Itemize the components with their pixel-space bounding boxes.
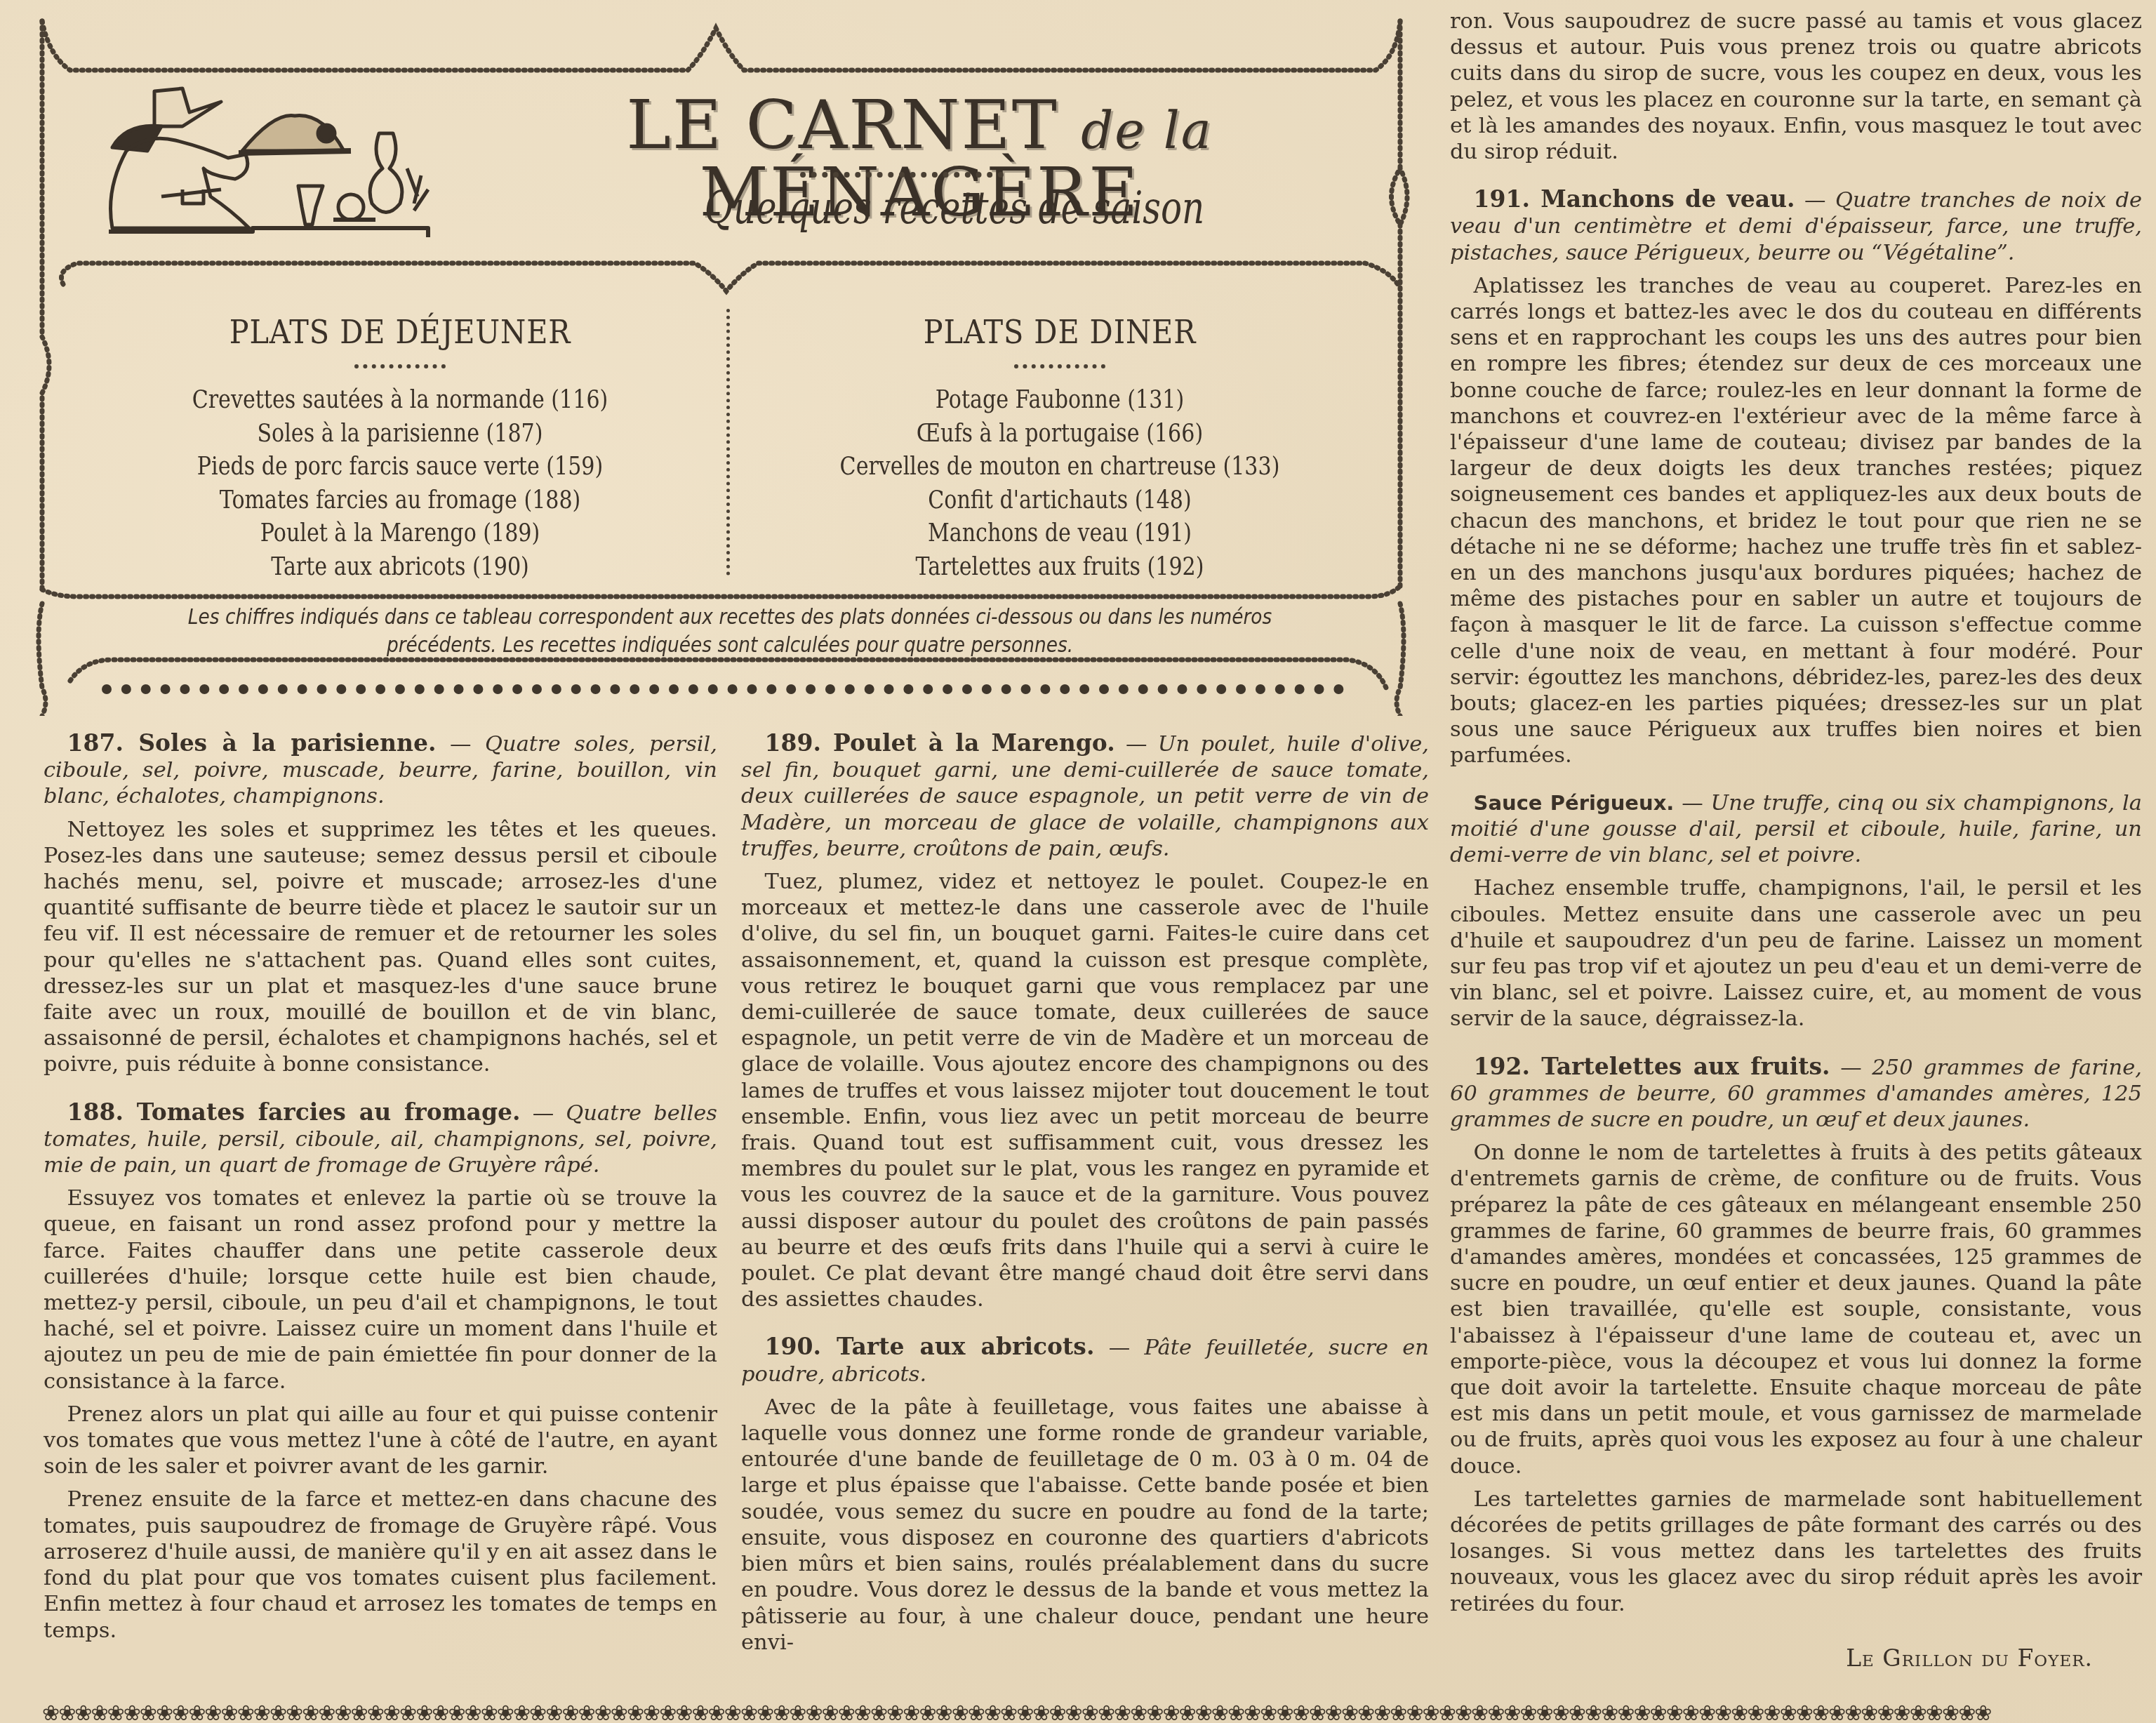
menu-item: Cervelles de mouton en chartreuse (133) bbox=[830, 451, 1289, 484]
recipe-192-heading: 192. Tartelettes aux fruits. — 250 gramm… bbox=[1450, 1053, 2142, 1133]
menu-item: Confit d'artichauts (148) bbox=[830, 484, 1289, 518]
em-dash: — bbox=[1830, 1056, 1872, 1080]
recipe-paragraph: Hachez ensemble truffe, champignons, l'a… bbox=[1450, 875, 2142, 1032]
menu-diner-heading: PLATS DE DINER bbox=[820, 312, 1300, 352]
recipe-paragraph: Avec de la pâte à feuilletage, vous fait… bbox=[741, 1395, 1429, 1656]
recipe-title: 188. Tomates farcies au fromage. bbox=[67, 1098, 521, 1126]
menu-dejeuner-heading: PLATS DE DÉJEUNER bbox=[160, 312, 640, 352]
title-dotted-rule bbox=[800, 172, 1004, 178]
menu-footnote: Les chiffres indiqués dans ce tableau co… bbox=[143, 604, 1317, 660]
heading-dotted-rule bbox=[354, 364, 446, 368]
menu-item: Manchons de veau (191) bbox=[830, 517, 1289, 551]
signature: Le Grillon du Foyer. bbox=[1450, 1645, 2142, 1671]
recipe-paragraph: Essuyez vos tomates et enlevez la partie… bbox=[44, 1185, 717, 1395]
heading-dotted-rule bbox=[1014, 364, 1105, 368]
recipe-191-heading: 191. Manchons de veau. — Quatre tranches… bbox=[1450, 186, 2142, 266]
menu-item: Tomates farcies au fromage (188) bbox=[171, 484, 630, 518]
em-dash: — bbox=[1795, 188, 1836, 213]
menu-dejeuner-list: Crevettes sautées à la normande (116) So… bbox=[133, 384, 667, 584]
menu-dejeuner: PLATS DE DÉJEUNER Crevettes sautées à la… bbox=[133, 312, 667, 584]
em-dash: — bbox=[436, 732, 485, 757]
menu-item: Pieds de porc farcis sauce verte (159) bbox=[171, 451, 630, 484]
menu-item: Œufs à la portugaise (166) bbox=[830, 418, 1289, 451]
sauce-perigueux-heading: Sauce Périgueux. — Une truffe, cinq ou s… bbox=[1450, 790, 2142, 869]
flower-ornament-icon: ❀❀❀❀❀❀❀❀❀❀❀❀❀❀❀❀❀❀❀❀❀❀❀❀❀❀❀❀❀❀❀❀❀❀❀❀❀❀❀❀… bbox=[42, 1704, 1990, 1723]
subtitle: Quelques recettes de saison bbox=[550, 186, 1359, 231]
recipe-paragraph: On donne le nom de tartelettes à fruits … bbox=[1450, 1140, 2142, 1479]
em-dash: — bbox=[1094, 1336, 1144, 1360]
menu-column-divider bbox=[726, 309, 730, 576]
menu-item: Tartelettes aux fruits (192) bbox=[830, 551, 1289, 585]
menu-item: Soles à la parisienne (187) bbox=[171, 418, 630, 451]
title-part-2: de la bbox=[1081, 101, 1213, 160]
bottom-flower-border: ❀❀❀❀❀❀❀❀❀❀❀❀❀❀❀❀❀❀❀❀❀❀❀❀❀❀❀❀❀❀❀❀❀❀❀❀❀❀❀❀… bbox=[42, 1704, 2148, 1723]
recipe-title: 191. Manchons de veau. bbox=[1474, 185, 1795, 213]
column-middle: 189. Poulet à la Marengo. — Un poulet, h… bbox=[741, 730, 1429, 1656]
menu-item: Potage Faubonne (131) bbox=[830, 384, 1289, 418]
chef-illustration bbox=[105, 84, 442, 239]
em-dash: — bbox=[1115, 732, 1158, 757]
em-dash: — bbox=[1674, 791, 1710, 816]
recipe-title: 192. Tartelettes aux fruits. bbox=[1474, 1053, 1830, 1080]
recipe-title: 189. Poulet à la Marengo. bbox=[765, 729, 1115, 757]
recipe-190-heading: 190. Tarte aux abricots. — Pâte feuillet… bbox=[741, 1333, 1429, 1387]
recipe-paragraph: Prenez ensuite de la farce et mettez-en … bbox=[44, 1486, 717, 1643]
column-left: 187. Soles à la parisienne. — Quatre sol… bbox=[44, 730, 717, 1644]
recipe-189-heading: 189. Poulet à la Marengo. — Un poulet, h… bbox=[741, 730, 1429, 862]
recipe-187-heading: 187. Soles à la parisienne. — Quatre sol… bbox=[44, 730, 717, 810]
recipe-paragraph: Nettoyez les soles et supprimez les tête… bbox=[44, 817, 717, 1078]
column-right: ron. Vous saupoudrez de sucre passé au t… bbox=[1450, 8, 2142, 1671]
menu-diner: PLATS DE DINER Potage Faubonne (131) Œuf… bbox=[793, 312, 1326, 584]
recipe-paragraph: Les tartelettes garnies de marmelade son… bbox=[1450, 1486, 2142, 1617]
recipe-paragraph: Aplatissez les tranches de veau au coupe… bbox=[1450, 273, 2142, 769]
menu-item: Crevettes sautées à la normande (116) bbox=[171, 384, 630, 418]
em-dash: — bbox=[521, 1101, 566, 1126]
menu-item: Poulet à la Marengo (189) bbox=[171, 517, 630, 551]
recipe-paragraph: Tuez, plumez, videz et nettoyez le poule… bbox=[741, 869, 1429, 1312]
menu-diner-list: Potage Faubonne (131) Œufs à la portugai… bbox=[793, 384, 1326, 584]
recipe-paragraph-continued: ron. Vous saupoudrez de sucre passé au t… bbox=[1450, 8, 2142, 165]
chef-serving-dish-icon bbox=[105, 84, 442, 239]
header-bottom-dotted-rule bbox=[102, 684, 1344, 694]
recipe-paragraph: Prenez alors un plat qui aille au four e… bbox=[44, 1402, 717, 1480]
recipe-title: 187. Soles à la parisienne. bbox=[67, 729, 437, 757]
recipe-title: 190. Tarte aux abricots. bbox=[765, 1333, 1095, 1360]
recipe-title: Sauce Périgueux. bbox=[1474, 791, 1675, 815]
recipe-188-heading: 188. Tomates farcies au fromage. — Quatr… bbox=[44, 1099, 717, 1179]
menu-item: Tarte aux abricots (190) bbox=[171, 551, 630, 585]
